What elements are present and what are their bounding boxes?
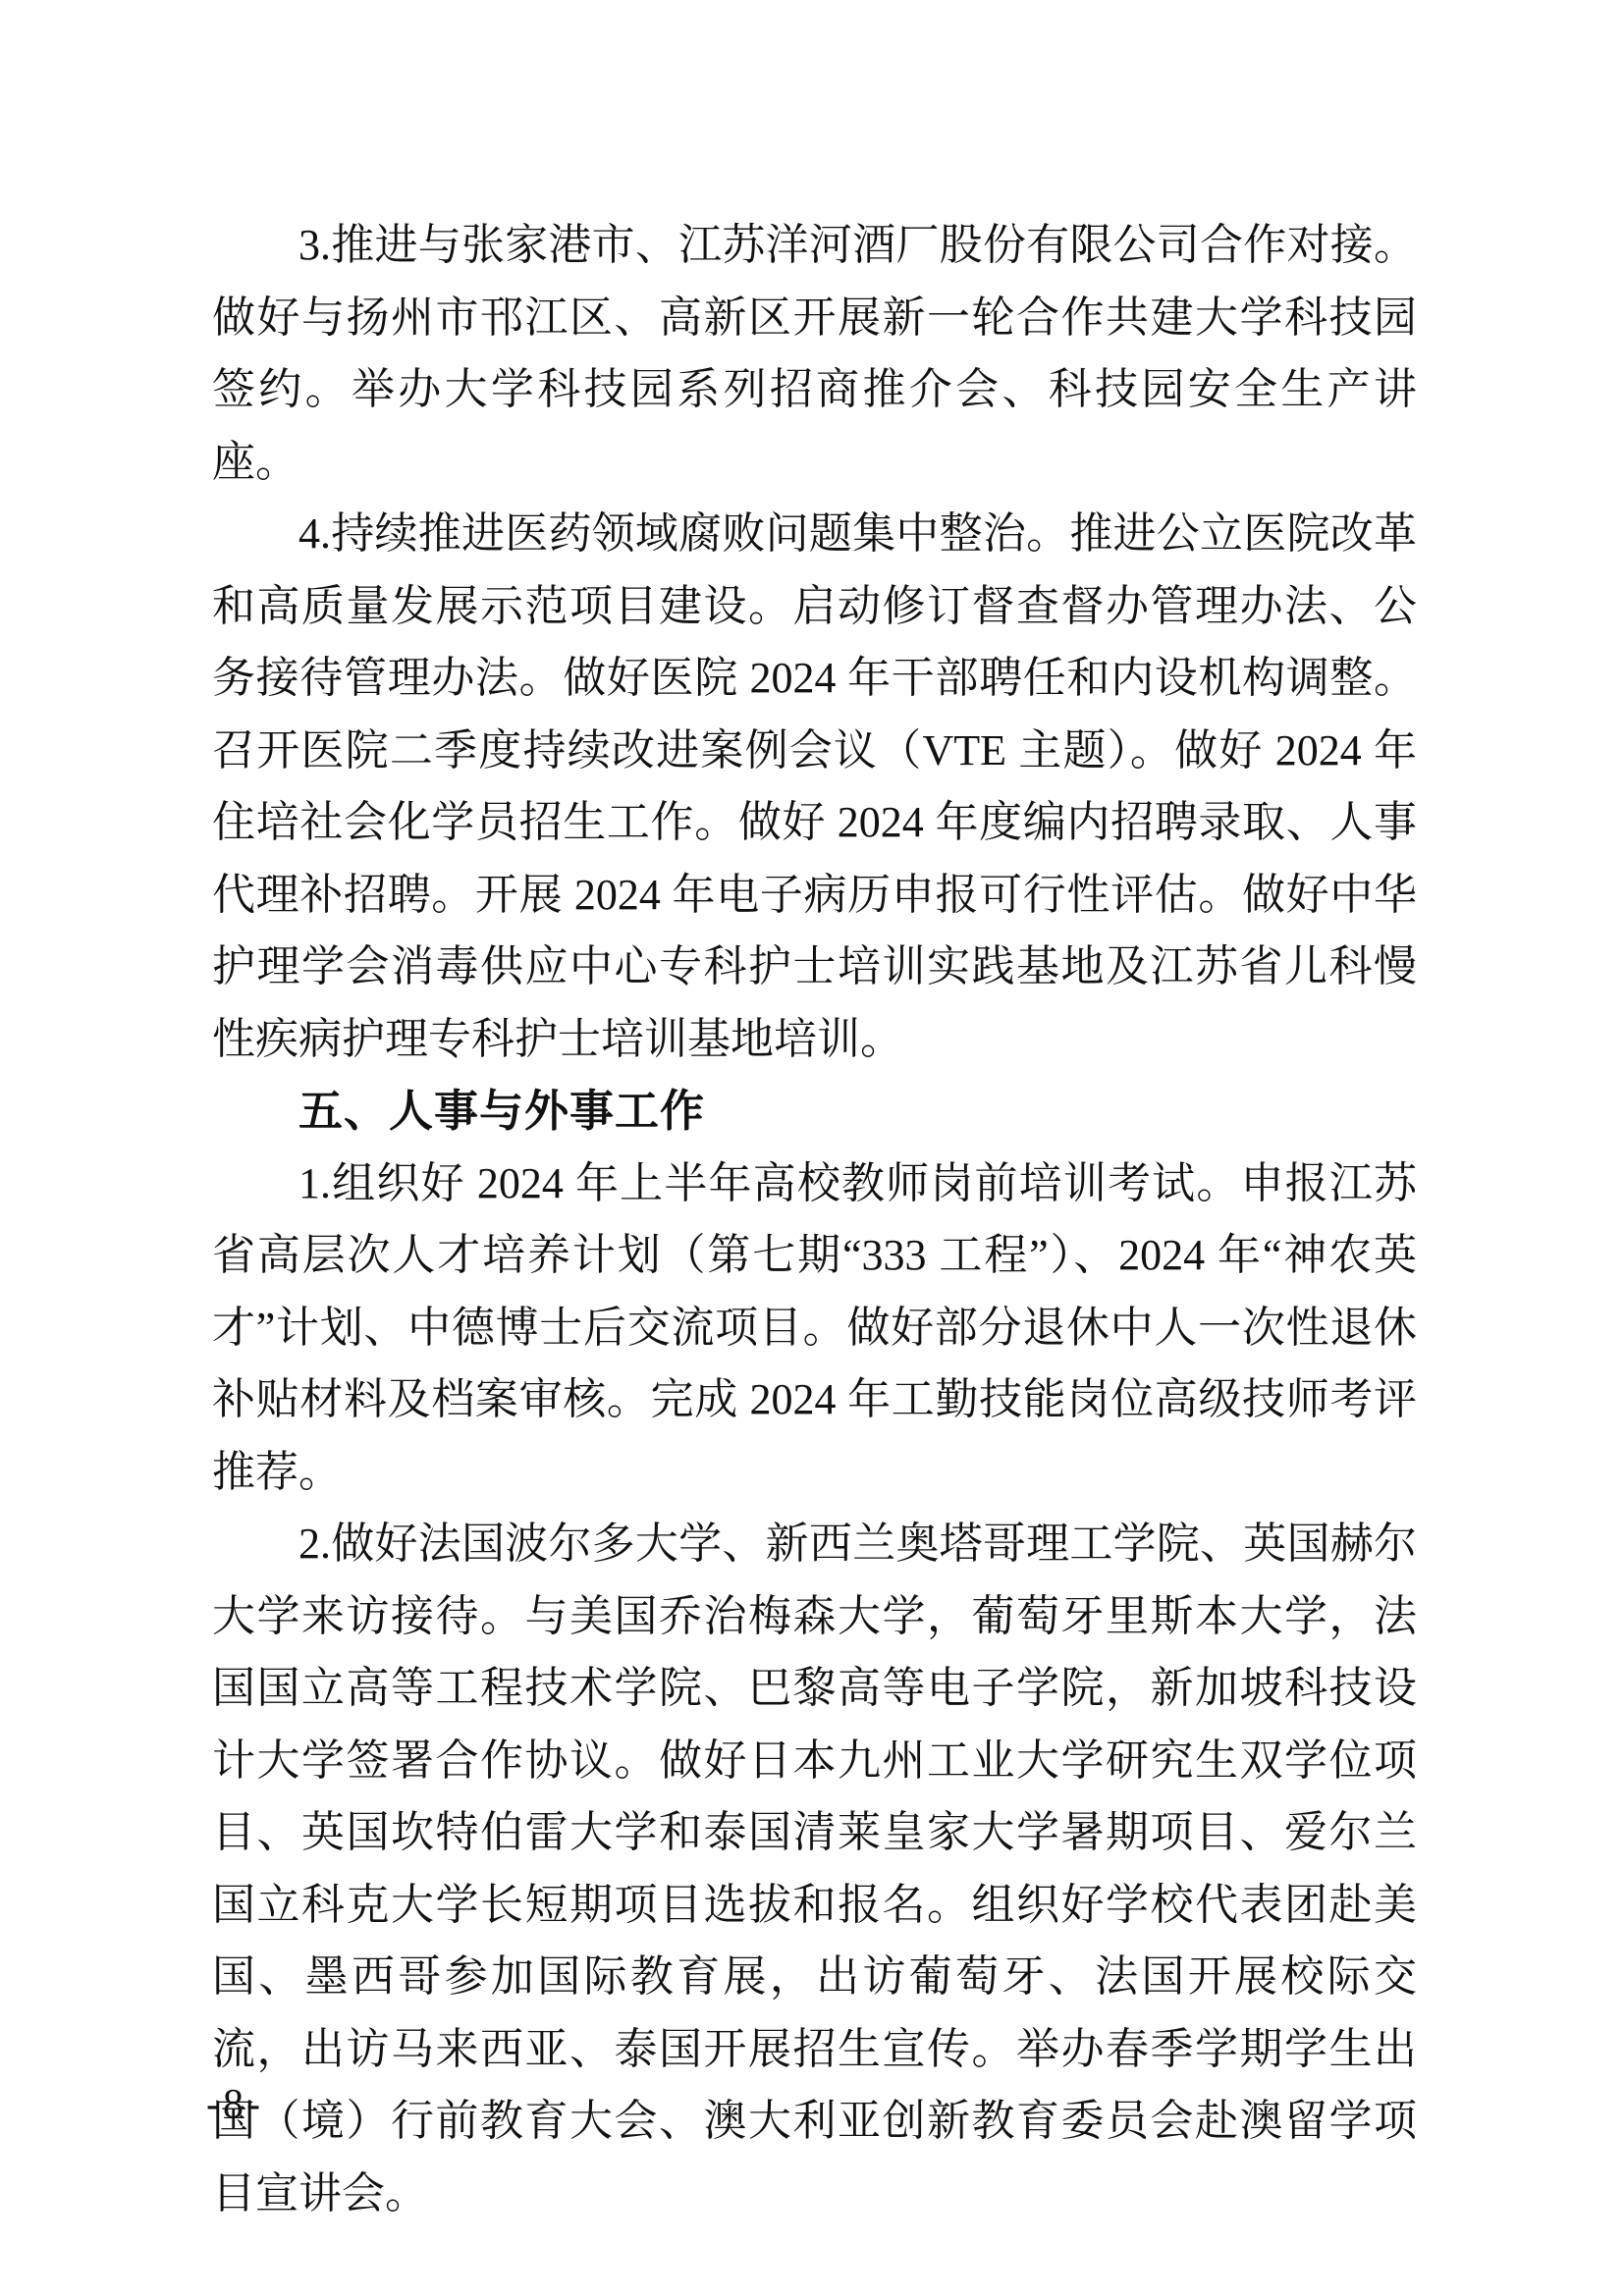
page-number: -8- <box>206 2083 263 2126</box>
paragraph-item-3: 3.推进与张家港市、江苏洋河酒厂股份有限公司合作对接。做好与扬州市邗江区、高新区… <box>212 209 1417 498</box>
paragraph-section5-item-2: 2.做好法国波尔多大学、新西兰奥塔哥理工学院、英国赫尔大学来访接待。与美国乔治梅… <box>212 1508 1417 2229</box>
paragraph-item-4: 4.持续推进医药领域腐败问题集中整治。推进公立医院改革和高质量发展示范项目建设。… <box>212 498 1417 1075</box>
document-body: 3.推进与张家港市、江苏洋河酒厂股份有限公司合作对接。做好与扬州市邗江区、高新区… <box>212 209 1417 2229</box>
section-heading-5: 五、人事与外事工作 <box>212 1075 1417 1148</box>
paragraph-section5-item-1: 1.组织好 2024 年上半年高校教师岗前培训考试。申报江苏省高层次人才培养计划… <box>212 1148 1417 1509</box>
document-page: 3.推进与张家港市、江苏洋河酒厂股份有限公司合作对接。做好与扬州市邗江区、高新区… <box>0 0 1624 2296</box>
